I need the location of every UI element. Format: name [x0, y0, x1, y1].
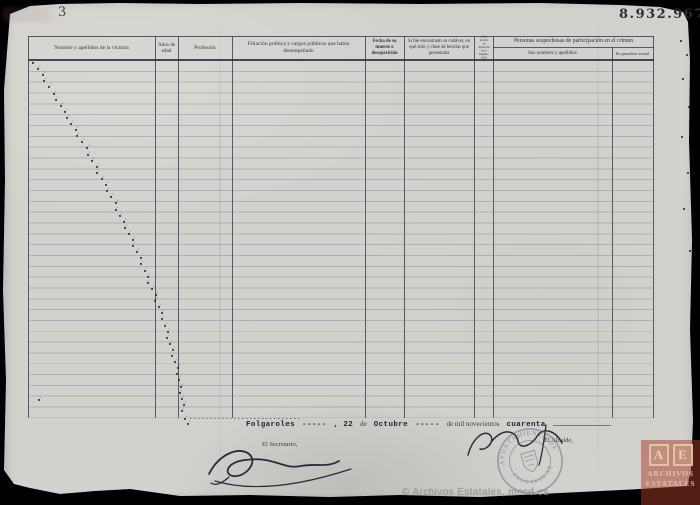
archives-estatales-logo: A E ARCHIVOS ESTATALES [641, 440, 700, 505]
typed-day: , 22 [334, 421, 354, 429]
header-death-date: Fecha de su muerte o desaparición [365, 36, 404, 60]
faint-stamp-smudge [3, 7, 57, 22]
header-suspect-whereabouts: Su paradero actual [612, 47, 653, 60]
header-political-affiliation: Filiación política y cargos públicos que… [232, 36, 365, 60]
victims-table: Nombre y apellidos de la víctima Años de… [28, 36, 654, 418]
header-profession: Profesión [178, 36, 232, 60]
handwritten-page-number: 3 [58, 5, 67, 20]
header-suspects-group: Personas sospechosas de participación en… [493, 36, 654, 47]
table-border-right [653, 36, 654, 418]
logo-caption: ARCHIVOS ESTATALES [646, 469, 696, 489]
header-age: Años de edad [155, 36, 178, 60]
logo-letter-e: E [673, 444, 693, 466]
header-victim-name: Nombre y apellidos de la víctima [28, 36, 155, 60]
paper-specks [680, 40, 682, 42]
header-suspect-names: Sus nombres y apellidos [493, 47, 612, 60]
secretary-signature-icon [205, 444, 355, 489]
archive-reference-number: 8.932.967 [619, 7, 700, 22]
copyright-watermark: © Archivos Estatales, mecd.es [402, 487, 549, 498]
typed-month: Octubre [374, 421, 408, 429]
typed-dashes: ----- [415, 421, 440, 429]
typed-place: Folgaroles [246, 421, 295, 429]
header-civil-registry: ¿Fué inscrita su defunción en el Registr… [474, 36, 493, 60]
header-body-found: Si fué encontrado su cadáver, en qué sit… [404, 36, 474, 60]
ruled-rows [29, 61, 653, 418]
typed-dashes: ----- [302, 421, 327, 429]
logo-letter-a: A [649, 444, 669, 466]
printed-de: de [360, 420, 367, 428]
logo-letter-squares: A E [649, 444, 693, 466]
